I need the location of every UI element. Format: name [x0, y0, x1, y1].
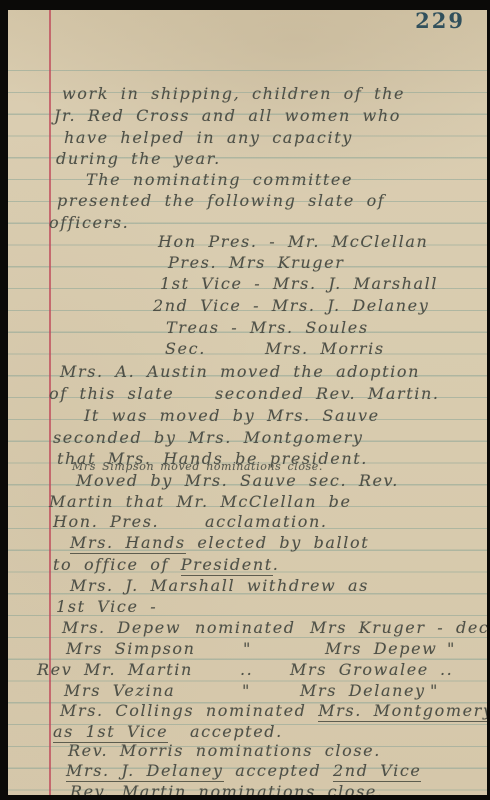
text-segment: Mrs Kruger - declined [310, 618, 487, 637]
handwritten-line: presented the following slate of [57, 191, 385, 210]
text-segment: It was moved by Mrs. Sauve [84, 406, 380, 425]
text-segment: " [430, 681, 439, 700]
text-segment: Mrs. Collings nominated [60, 701, 318, 720]
handwritten-line: Moved by Mrs. Sauve sec. Rev. [76, 471, 399, 490]
handwritten-line: Mrs. Hands elected by ballot [70, 533, 369, 552]
text-segment: 2nd Vice - Mrs. J. Delaney [153, 296, 429, 315]
handwritten-line: Hon. Pres.acclamation. [53, 512, 159, 531]
text-segment: Mrs Delaney [300, 681, 426, 700]
handwritten-line: Mrs. A. Austin moved the adoption [60, 362, 420, 381]
handwritten-line: 1st Vice - Mrs. J. Marshall [160, 274, 438, 293]
handwriting-layer: work in shipping, children of theJr. Red… [8, 10, 487, 795]
text-segment: Hon. Pres. [53, 512, 159, 531]
text-segment: Mrs Depew [325, 639, 437, 658]
handwritten-line: seconded by Mrs. Montgomery [53, 428, 364, 447]
handwritten-line: Mrs. J. Delaney accepted 2nd Vice [66, 761, 421, 780]
handwritten-line: Mrs Simpson"Mrs Depew" [66, 639, 196, 658]
text-segment: " [447, 639, 456, 658]
text-segment: Rev Mr. Martin [37, 660, 193, 679]
text-segment: Mrs. Hands [70, 533, 186, 554]
text-segment: nominated [195, 618, 296, 637]
text-segment: Mrs Simpson [66, 639, 196, 658]
text-segment: seconded Rev. Martin. [215, 384, 440, 403]
text-segment: Moved by Mrs. Sauve sec. Rev. [76, 471, 399, 490]
handwritten-line: Pres. Mrs Kruger [168, 253, 344, 272]
text-segment: Mrs Growalee [290, 660, 429, 679]
text-segment: " [243, 639, 252, 658]
text-segment: Rev. Morris nominations close. [68, 741, 381, 760]
handwritten-line: as 1st Viceaccepted. [53, 722, 168, 741]
handwritten-line: Rev Mr. Martin..Mrs Growalee.. [37, 660, 193, 679]
handwritten-line: Jr. Red Cross and all women who [54, 106, 401, 125]
text-segment: Mrs. J. Marshall withdrew as [70, 576, 369, 595]
text-segment: acclamation. [205, 512, 328, 531]
text-segment: presented the following slate of [57, 191, 385, 210]
text-segment: The nominating committee [86, 170, 353, 189]
text-segment: accepted. [190, 722, 283, 741]
text-segment: 1st Vice - Mrs. J. Marshall [160, 274, 438, 293]
ledger-page: 229 work in shipping, children of theJr.… [8, 10, 487, 795]
handwritten-line: of this slateseconded Rev. Martin. [49, 384, 174, 403]
text-segment: during the year. [56, 149, 221, 168]
text-segment: Mrs. Morris [265, 339, 385, 358]
text-segment: seconded by Mrs. Montgomery [53, 428, 364, 447]
text-segment: work in shipping, children of the [62, 84, 405, 103]
text-segment: Treas - Mrs. Soules [166, 318, 369, 337]
handwritten-line: to office of President. [53, 555, 279, 574]
handwritten-line: officers. [49, 213, 129, 232]
text-segment: elected by ballot [186, 533, 370, 552]
photo-background: 229 work in shipping, children of theJr.… [0, 0, 490, 800]
handwritten-line: It was moved by Mrs. Sauve [84, 406, 380, 425]
text-segment: .. [440, 660, 453, 679]
handwritten-line: Mrs. Collings nominated Mrs. Montgomery [60, 701, 487, 720]
text-segment: Pres. Mrs Kruger [168, 253, 344, 272]
text-segment: 1st Vice - [56, 597, 157, 616]
text-segment: Hon Pres. - Mr. McClellan [158, 232, 428, 251]
text-segment: Mrs Vezina [64, 681, 175, 700]
handwritten-line: Martin that Mr. McClellan be [49, 492, 352, 511]
text-segment: to office of [53, 555, 181, 574]
text-segment: as 1st Vice [53, 722, 168, 743]
text-segment: Martin that Mr. McClellan be [49, 492, 352, 511]
handwritten-line: work in shipping, children of the [62, 84, 405, 103]
text-segment: " [242, 681, 251, 700]
handwritten-line: Hon Pres. - Mr. McClellan [158, 232, 428, 251]
text-segment: accepted [224, 761, 333, 780]
text-segment: Mrs. J. Delaney [66, 761, 224, 782]
handwritten-line: Treas - Mrs. Soules [166, 318, 369, 337]
handwritten-line: during the year. [56, 149, 221, 168]
text-segment: Sec. [165, 339, 206, 358]
text-segment: have helped in any capacity [64, 128, 353, 147]
handwritten-line: have helped in any capacity [64, 128, 353, 147]
text-segment: of this slate [49, 384, 174, 403]
text-segment: Mrs. A. Austin moved the adoption [60, 362, 420, 381]
text-segment: Jr. Red Cross and all women who [54, 106, 401, 125]
text-segment: Rev. Martin nominations close. [70, 782, 384, 795]
handwritten-line: Mrs. DepewnominatedMrs Kruger - declined [62, 618, 181, 637]
handwritten-line: Rev. Martin nominations close. [70, 782, 384, 795]
handwritten-line: 2nd Vice - Mrs. J. Delaney [153, 296, 429, 315]
text-segment: President [181, 555, 273, 576]
handwritten-line: Mrs. J. Marshall withdrew as [70, 576, 369, 595]
text-segment: .. [240, 660, 253, 679]
text-segment: Mrs. Montgomery [318, 701, 487, 722]
handwritten-line: Rev. Morris nominations close. [68, 741, 381, 760]
text-segment: officers. [49, 213, 129, 232]
handwritten-line: Sec.Mrs. Morris [165, 339, 206, 358]
handwritten-line: The nominating committee [86, 170, 353, 189]
handwritten-line: Mrs Vezina"Mrs Delaney" [64, 681, 175, 700]
text-segment: . [273, 555, 280, 574]
handwritten-line: 1st Vice - [56, 597, 157, 616]
text-segment: Mrs. Depew [62, 618, 181, 637]
text-segment: 2nd Vice [333, 761, 421, 782]
